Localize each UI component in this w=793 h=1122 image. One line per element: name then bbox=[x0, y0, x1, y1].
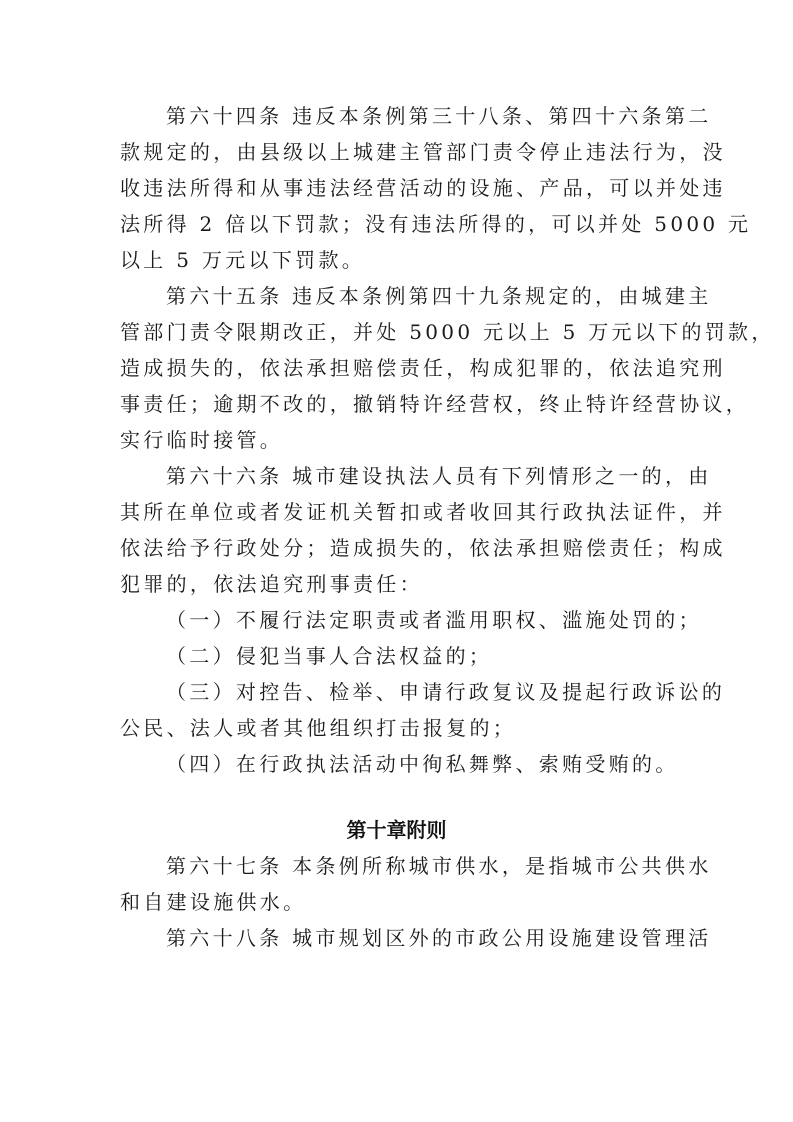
article-66-item-1: （一）不履行法定职责或者滥用职权、滥施处罚的； bbox=[120, 602, 673, 638]
article-68-line-1: 第六十八条 城市规划区外的市政公用设施建设管理活 bbox=[120, 920, 673, 956]
article-66-line-4: 犯罪的，依法追究刑事责任： bbox=[120, 566, 673, 602]
article-65-line-1: 第六十五条 违反本条例第四十九条规定的，由城建主 bbox=[120, 278, 673, 314]
article-67-line-1: 第六十七条 本条例所称城市供水，是指城市公共供水 bbox=[120, 848, 673, 884]
article-66-line-3: 依法给予行政处分；造成损失的，依法承担赔偿责任；构成 bbox=[120, 530, 673, 566]
article-64: 第六十四条 违反本条例第三十八条、第四十六条第二 款规定的，由县级以上城建主管部… bbox=[120, 98, 673, 278]
article-67: 第六十七条 本条例所称城市供水，是指城市公共供水 和自建设施供水。 bbox=[120, 848, 673, 920]
article-66-item-4: （四）在行政执法活动中徇私舞弊、索贿受贿的。 bbox=[120, 746, 673, 782]
article-65-line-4: 事责任；逾期不改的，撤销特许经营权，终止特许经营协议， bbox=[120, 386, 673, 422]
article-64-line-4: 法所得 2 倍以下罚款；没有违法所得的，可以并处 5000 元 bbox=[120, 206, 673, 242]
article-65: 第六十五条 违反本条例第四十九条规定的，由城建主 管部门责令限期改正，并处 50… bbox=[120, 278, 673, 458]
article-66: 第六十六条 城市建设执法人员有下列情形之一的，由 其所在单位或者发证机关暂扣或者… bbox=[120, 458, 673, 782]
article-68: 第六十八条 城市规划区外的市政公用设施建设管理活 bbox=[120, 920, 673, 956]
article-65-line-2: 管部门责令限期改正，并处 5000 元以上 5 万元以下的罚款， bbox=[120, 314, 673, 350]
article-66-line-2: 其所在单位或者发证机关暂扣或者收回其行政执法证件，并 bbox=[120, 494, 673, 530]
document-page: 第六十四条 违反本条例第三十八条、第四十六条第二 款规定的，由县级以上城建主管部… bbox=[120, 98, 673, 956]
article-66-item-3-line-1: （三）对控告、检举、申请行政复议及提起行政诉讼的 bbox=[120, 674, 673, 710]
article-64-line-5: 以上 5 万元以下罚款。 bbox=[120, 242, 673, 278]
article-65-line-3: 造成损失的，依法承担赔偿责任，构成犯罪的，依法追究刑 bbox=[120, 350, 673, 386]
article-64-line-3: 收违法所得和从事违法经营活动的设施、产品，可以并处违 bbox=[120, 170, 673, 206]
article-66-line-1: 第六十六条 城市建设执法人员有下列情形之一的，由 bbox=[120, 458, 673, 494]
article-64-line-1: 第六十四条 违反本条例第三十八条、第四十六条第二 bbox=[120, 98, 673, 134]
article-67-line-2: 和自建设施供水。 bbox=[120, 884, 673, 920]
chapter-heading: 第十章附则 bbox=[120, 812, 673, 848]
article-64-line-2: 款规定的，由县级以上城建主管部门责令停止违法行为，没 bbox=[120, 134, 673, 170]
article-65-line-5: 实行临时接管。 bbox=[120, 422, 673, 458]
article-66-item-3-line-2: 公民、法人或者其他组织打击报复的； bbox=[120, 710, 673, 746]
article-66-item-2: （二）侵犯当事人合法权益的； bbox=[120, 638, 673, 674]
